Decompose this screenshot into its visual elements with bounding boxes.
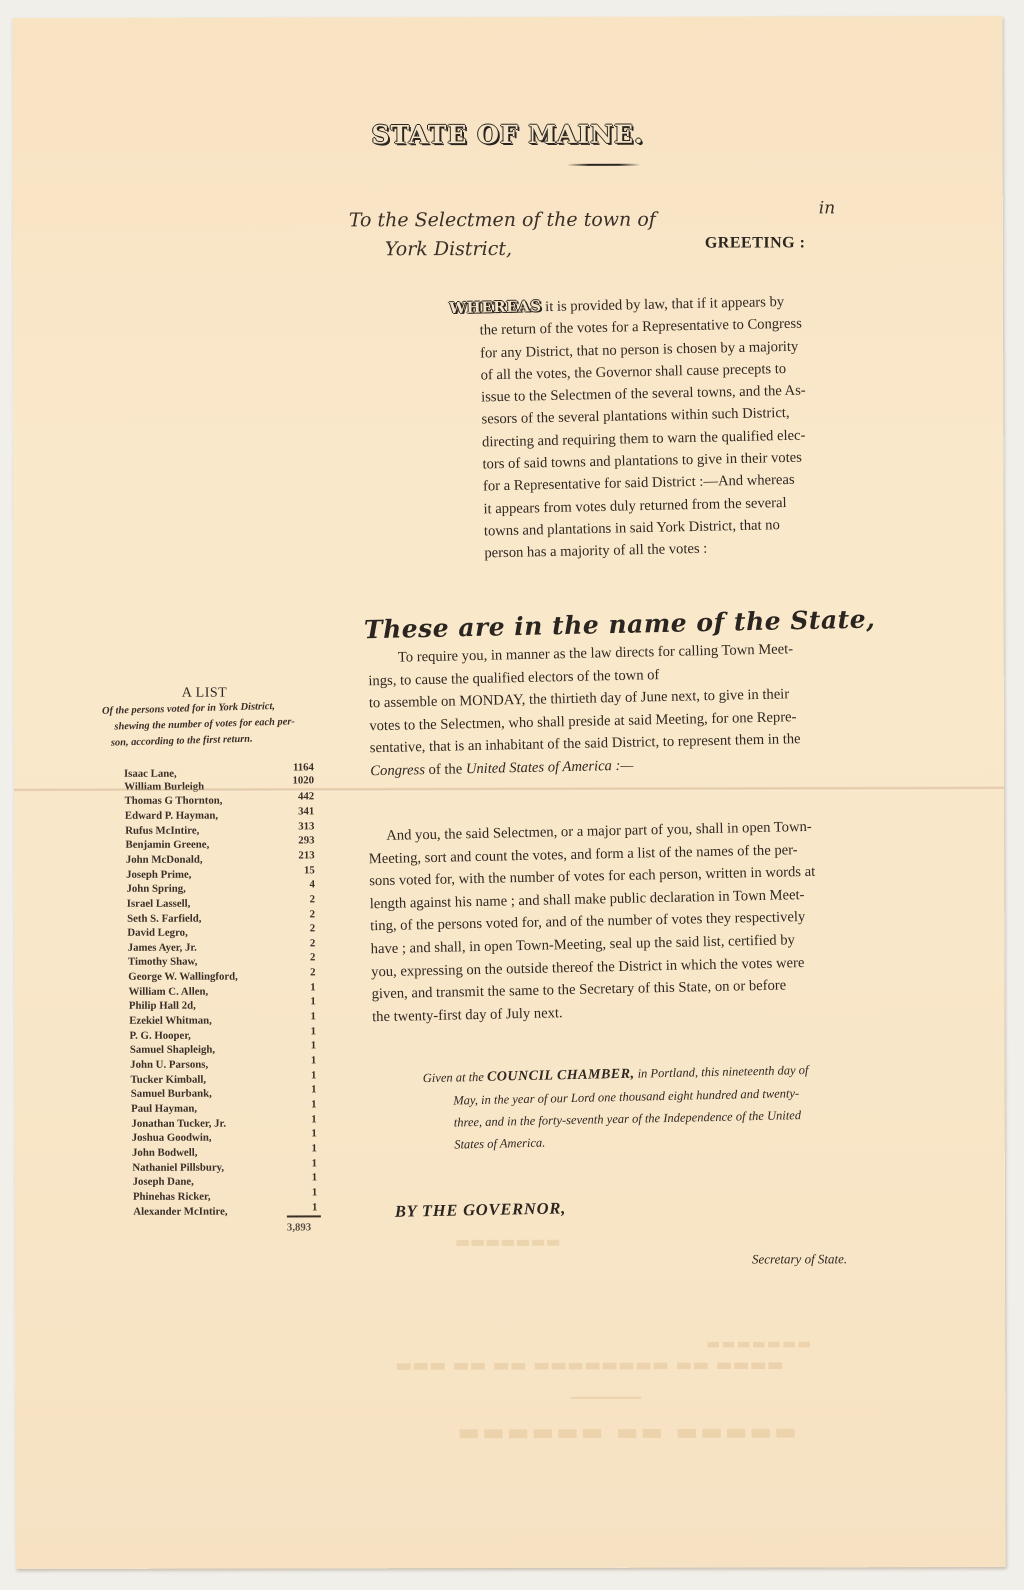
voter-name: Israel Lassell,: [127, 898, 191, 910]
bleed-through-greeting: ▬▬▬▬▬▬▬: [705, 1334, 811, 1352]
vote-count: 2: [276, 966, 316, 978]
secretary-of-state: Secretary of State.: [752, 1251, 847, 1267]
voter-name: Nathaniel Pillsbury,: [132, 1161, 224, 1173]
vote-count: 1: [276, 996, 316, 1008]
vote-count: 2: [275, 923, 315, 935]
vote-count: 1: [277, 1186, 317, 1198]
vote-count: 1: [277, 1098, 317, 1110]
voter-name: Edward P. Hayman,: [125, 810, 218, 822]
vote-count: 1: [276, 1040, 316, 1052]
voter-name: Paul Hayman,: [131, 1103, 197, 1115]
document-page: ▬▬▬▬▬ ▬▬ ▬▬▬▬▬▬ ▬▬▬▬▬▬▬ ▬▬▬▬ ▬▬ ▬▬▬▬▬▬▬▬…: [12, 16, 1005, 1569]
vote-count: 341: [274, 805, 314, 817]
vote-count: 2: [275, 908, 315, 920]
voter-name: James Ayer, Jr.: [128, 941, 197, 953]
voter-name: Philip Hall 2d,: [129, 1000, 196, 1012]
sum-rule: [287, 1215, 321, 1217]
congress-word: Congress: [370, 762, 425, 779]
voter-name: Rufus McIntire,: [125, 824, 199, 836]
vote-count: 213: [275, 849, 315, 861]
voter-name: Joshua Goodwin,: [132, 1132, 212, 1144]
voter-name: Phinehas Ricker,: [133, 1190, 211, 1202]
vote-total: 3,893: [287, 1221, 311, 1233]
given-at-paragraph: Given at the COUNCIL CHAMBER, in Portlan…: [423, 1059, 810, 1156]
voter-name: Benjamin Greene,: [125, 839, 209, 851]
voter-name: Timothy Shaw,: [128, 956, 197, 968]
voter-name: P. G. Hooper,: [130, 1029, 191, 1041]
vote-count: 1: [276, 1054, 316, 1066]
voter-name: John Bodwell,: [132, 1147, 197, 1159]
bleed-through-heading: ▬▬▬▬▬▬▬: [455, 1232, 561, 1251]
voter-name: William C. Allen,: [129, 985, 209, 997]
salutation-line-1: To the Selectmen of the town of: [349, 209, 656, 232]
vote-count: 442: [274, 791, 314, 803]
document-title: STATE OF MAINE.: [13, 119, 1003, 150]
vote-count: 293: [274, 835, 314, 847]
instructions-paragraph: And you, the said Selectmen, or a major …: [368, 816, 818, 1029]
vote-count: 1: [277, 1157, 317, 1169]
vote-table: Isaac Lane,1164William Burleigh1020Thoma…: [124, 765, 345, 1225]
usa-phrase: United States of America :—: [466, 757, 634, 777]
voter-name: Tucker Kimball,: [130, 1073, 206, 1085]
list-heading: A LIST: [182, 686, 227, 702]
vote-count: 1020: [274, 774, 314, 786]
vote-count: 1: [276, 1084, 316, 1096]
vote-count: 1: [277, 1128, 317, 1140]
vote-count: 1: [277, 1201, 317, 1213]
proclamation-paragraph: To require you, in manner as the law dir…: [368, 638, 802, 782]
bleed-through-rule: [571, 1397, 641, 1399]
voter-name: Ezekiel Whitman,: [129, 1015, 212, 1027]
vote-count: 1: [277, 1142, 317, 1154]
bleed-through-salutation: ▬▬▬▬ ▬▬ ▬▬▬▬▬▬▬▬ ▬▬ ▬▬ ▬▬▬: [395, 1354, 784, 1376]
vote-count: 1: [276, 1069, 316, 1081]
whereas-paragraph: WHEREAS it is provided by law, that if i…: [449, 290, 809, 566]
voter-name: John Spring,: [126, 883, 185, 895]
council-chamber: COUNCIL CHAMBER,: [487, 1067, 635, 1085]
vote-count: 313: [274, 820, 314, 832]
vote-count: 1: [276, 1010, 316, 1022]
voter-name: William Burleigh: [124, 780, 204, 792]
voter-name: Seth S. Farfield,: [127, 912, 201, 924]
voter-name: Joseph Dane,: [133, 1176, 194, 1188]
vote-count: 1164: [274, 761, 314, 773]
vote-count: 4: [275, 879, 315, 891]
by-the-governor: BY THE GOVERNOR,: [395, 1198, 567, 1221]
list-subheading: Of the persons voted for in York Distric…: [102, 698, 296, 751]
voter-name: Samuel Burbank,: [131, 1088, 212, 1100]
vote-count: 15: [275, 864, 315, 876]
voter-name: John U. Parsons,: [130, 1059, 208, 1071]
salutation-district: York District,: [385, 238, 512, 260]
proclamation-heading: These are in the name of the State,: [364, 604, 876, 644]
voter-name: Isaac Lane,: [124, 768, 177, 780]
vote-count: 1: [277, 1113, 317, 1125]
voter-name: David Legro,: [127, 927, 187, 939]
voter-name: Jonathan Tucker, Jr.: [131, 1117, 226, 1129]
vote-count: 2: [275, 893, 315, 905]
bleed-through-title: ▬▬▬▬▬ ▬▬ ▬▬▬▬▬▬: [455, 1416, 797, 1446]
voter-name: John McDonald,: [126, 854, 203, 866]
vote-count: 1: [276, 1025, 316, 1037]
greeting: GREETING :: [705, 234, 806, 252]
voter-name: Joseph Prime,: [126, 868, 191, 880]
vote-count: 1: [276, 981, 316, 993]
whereas-lead: WHEREAS: [449, 297, 542, 317]
vote-count: 1: [277, 1172, 317, 1184]
voter-name: Thomas G Thornton,: [125, 795, 223, 807]
vote-count: 2: [275, 952, 315, 964]
vote-count: 2: [275, 937, 315, 949]
title-rule: [567, 164, 641, 166]
voter-name: George W. Wallingford,: [128, 971, 238, 983]
salutation-in: in: [819, 198, 835, 218]
voter-name: Samuel Shapleigh,: [130, 1044, 215, 1056]
voter-name: Alexander McIntire,: [133, 1205, 227, 1217]
